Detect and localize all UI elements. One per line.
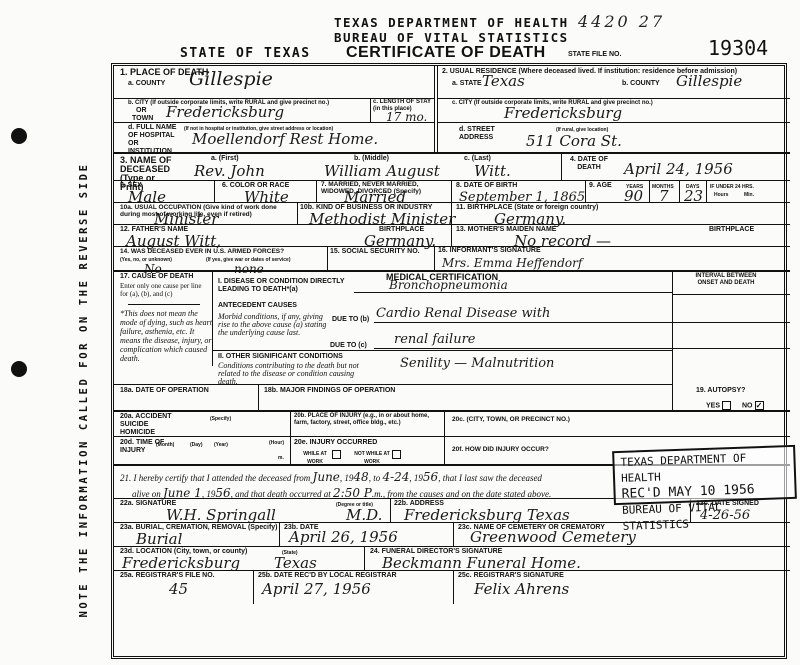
date-of-death[interactable]: April 24, 1956 [624,162,733,177]
received-stamp: TEXAS DEPARTMENT OF HEALTH REC'D MAY 10 … [612,445,797,505]
physician-address[interactable]: Fredericksburg Texas [404,508,570,523]
autopsy-no[interactable]: NO✓ [742,401,764,410]
autopsy-yes[interactable]: YES [706,401,731,410]
registrar-signature[interactable]: Felix Ahrens [474,582,569,597]
other-conditions[interactable]: Senility — Malnutrition [400,356,554,371]
last-name[interactable]: Witt. [474,164,511,179]
county-label: a. COUNTY [128,80,165,88]
death-city[interactable]: Fredericksburg [166,105,284,120]
death-county[interactable]: Gillespie [189,72,273,87]
registrar-file-no[interactable]: 45 [169,582,188,597]
res-state[interactable]: Texas [482,74,525,89]
header-department: TEXAS DEPARTMENT OF HEALTH BUREAU OF VIT… [334,15,569,45]
middle-name[interactable]: William August [324,164,440,179]
cert-line-1: 21. I hereby certify that I attended the… [120,470,542,485]
first-name[interactable]: Rev. John [194,164,265,179]
res-county-label: b. COUNTY [622,80,660,88]
street-label: d. STREET ADDRESS [459,126,499,142]
cause-a[interactable]: Bronchopneumonia [389,278,508,293]
burial-method[interactable]: Burial [136,532,182,547]
res-state-label: a. STATE [452,80,482,88]
not-while-at-work-checkbox[interactable] [392,450,401,459]
physician-degree[interactable]: M.D. [346,508,382,523]
file-code: 4420 27 [578,12,665,31]
cause-c[interactable]: renal failure [394,332,475,347]
page-title: CERTIFICATE OF DEATH [346,44,546,62]
attended-to[interactable]: 4-24 [382,470,409,484]
funeral-director[interactable]: Beckmann Funeral Home. [382,556,581,571]
side-note: NOTE THE INFORMATION CALLED FOR ON THE R… [78,163,90,618]
state-file-no-label: STATE FILE NO. [568,51,621,58]
date-of-death-label: 4. DATE OF DEATH [569,156,609,172]
burial-location-state[interactable]: Texas [274,556,317,571]
state-file-no: 19304 [708,36,768,60]
certificate-form: 1. PLACE OF DEATH a. COUNTY Gillespie b.… [111,63,787,659]
attended-from[interactable]: June [313,470,340,484]
physician-signature[interactable]: W.H. Springall [166,508,276,523]
burial-location-city[interactable]: Fredericksburg [122,556,240,571]
street-address[interactable]: 511 Cora St. [526,134,622,149]
death-certificate: NOTE THE INFORMATION CALLED FOR ON THE R… [0,0,800,665]
hospital-name[interactable]: Moellendorf Rest Home. [192,132,378,147]
cause-b[interactable]: Cardio Renal Disease with [376,306,550,321]
res-city[interactable]: Fredericksburg [504,106,622,121]
state-title: STATE OF TEXAS [180,46,311,61]
cemetery-name[interactable]: Greenwood Cemetery [470,530,636,545]
res-county[interactable]: Gillespie [676,74,742,89]
registrar-date[interactable]: April 27, 1956 [262,582,371,597]
informant-signature[interactable]: Mrs. Emma Heffendorf [442,256,582,271]
punch-hole [11,361,27,377]
burial-date[interactable]: April 26, 1956 [289,530,398,545]
punch-hole [11,128,27,144]
while-at-work-checkbox[interactable] [332,450,341,459]
